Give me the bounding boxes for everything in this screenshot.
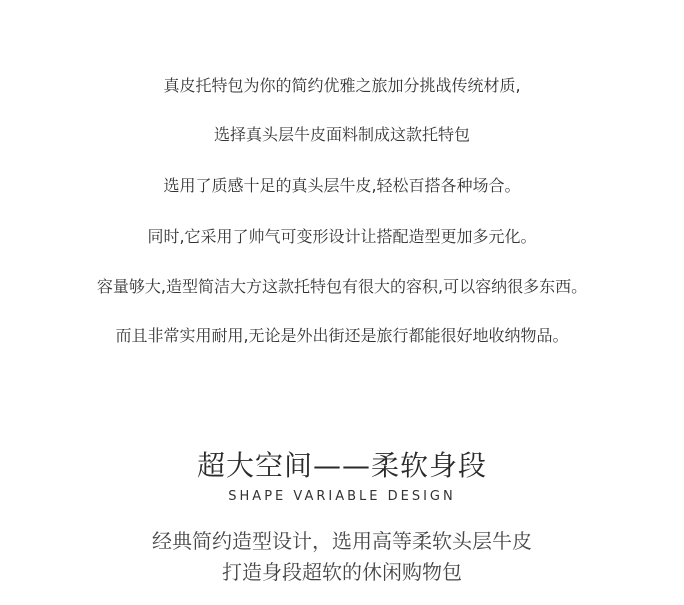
intro-line-2: 选择真头层牛皮面料制成这款托特包	[0, 125, 684, 145]
intro-line-4: 同时,它采用了帅气可变形设计让搭配造型更加多元化。	[0, 227, 684, 247]
intro-line-6: 而且非常实用耐用,无论是外出街还是旅行都能很好地收纳物品。	[0, 326, 684, 346]
section-body-line-1: 经典简约造型设计，选用高等柔软头层牛皮	[0, 528, 684, 554]
section-title: 超大空间——柔软身段	[0, 449, 684, 483]
intro-line-1: 真皮托特包为你的简约优雅之旅加分挑战传统材质,	[0, 76, 684, 96]
section-body-line-2: 打造身段超软的休闲购物包	[0, 559, 684, 585]
section-subtitle: SHAPE VARIABLE DESIGN	[0, 489, 684, 505]
intro-line-5: 容量够大,造型简洁大方这款托特包有很大的容积,可以容纳很多东西。	[0, 277, 684, 297]
intro-line-3: 选用了质感十足的真头层牛皮,轻松百搭各种场合。	[0, 176, 684, 196]
